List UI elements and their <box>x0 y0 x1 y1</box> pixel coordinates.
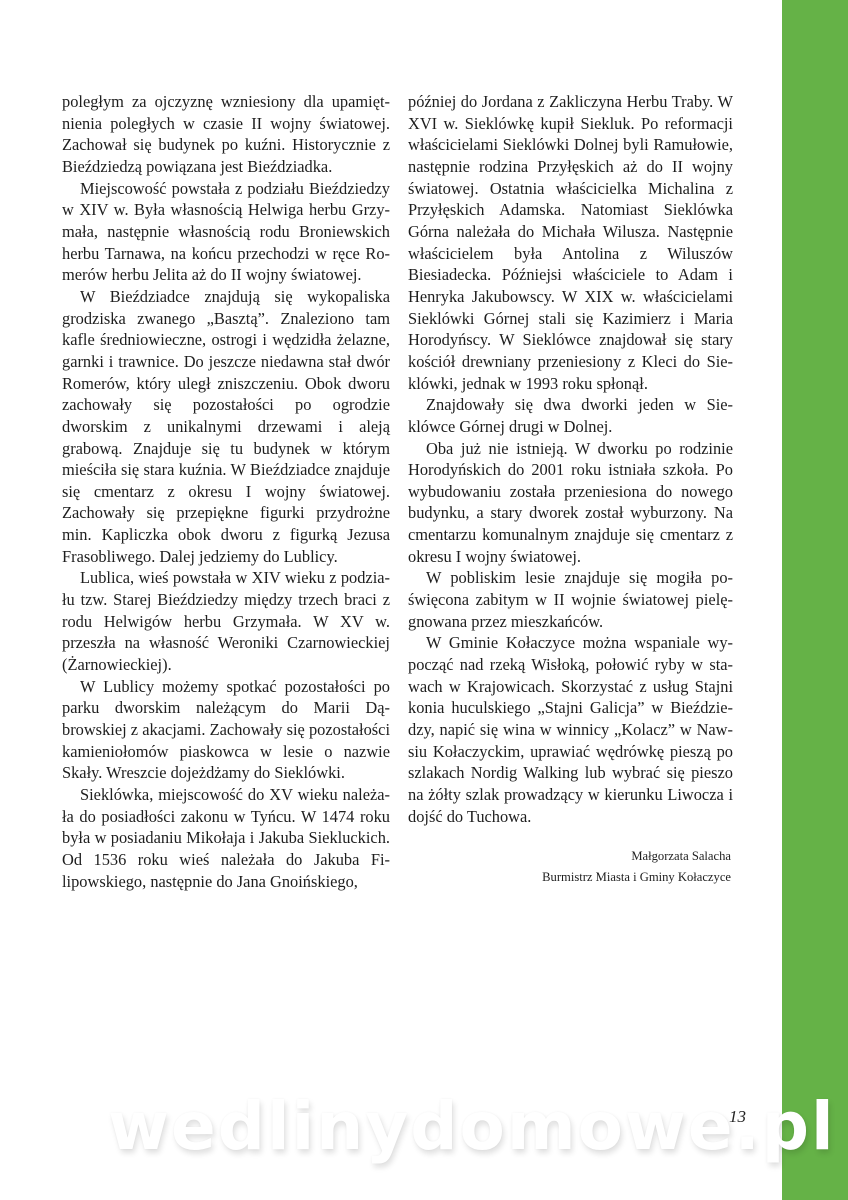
paragraph: Oba już nie istnieją. W dworku po rodzin… <box>408 438 733 568</box>
paragraph: W pobliskim lesie znajduje się mogiła po… <box>408 567 733 632</box>
paragraph: W Bieździadce znajdują się wykopaliska g… <box>62 286 390 568</box>
watermark: wedlinydomowe.pl <box>108 1088 836 1165</box>
paragraph: Miejscowość powstała z podziału Bieździe… <box>62 178 390 286</box>
page-number: 13 <box>729 1107 746 1127</box>
paragraph: później do Jordana z Zakliczyna Herbu Tr… <box>408 91 733 394</box>
signature-name: Małgorzata Salacha <box>408 846 731 867</box>
paragraph: Sieklówka, miejscowość do XV wieku należ… <box>62 784 390 892</box>
right-text-column: później do Jordana z Zakliczyna Herbu Tr… <box>408 91 733 827</box>
signature-title: Burmistrz Miasta i Gminy Kołaczyce <box>408 867 731 888</box>
paragraph: Lublica, wieś powstała w XIV wieku z pod… <box>62 567 390 675</box>
book-page: poległym za ojczyznę wzniesiony dla upam… <box>0 0 848 1200</box>
paragraph: poległym za ojczyznę wzniesiony dla upam… <box>62 91 390 178</box>
paragraph: W Lublicy możemy spotkać pozostałości po… <box>62 676 390 784</box>
left-text-column: poległym za ojczyznę wzniesiony dla upam… <box>62 91 390 892</box>
paragraph: Znajdowały się dwa dworki jeden w Sie­kl… <box>408 394 733 437</box>
paragraph: W Gminie Kołaczyce można wspaniale wy­po… <box>408 632 733 827</box>
signature-block: Małgorzata Salacha Burmistrz Miasta i Gm… <box>408 846 731 888</box>
green-side-bar <box>782 0 848 1200</box>
